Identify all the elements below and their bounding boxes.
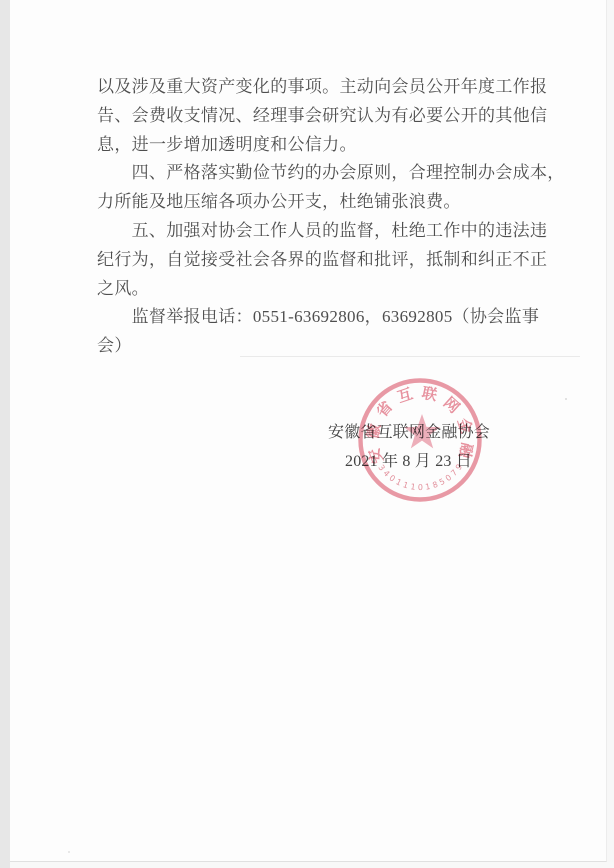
text-line: 四、严格落实勤俭节约的办会原则，合理控制办会成本， (97, 159, 572, 188)
scan-artifact-line (240, 356, 580, 357)
official-seal: 安徽省互联网金融协会 3401110185079 (348, 368, 493, 513)
body-text: 以及涉及重大资产变化的事项。主动向会员公开年度工作报 告、会费收支情况、经理事会… (97, 73, 572, 361)
scan-edge-right (607, 0, 614, 868)
text-line: 纪行为，自觉接受社会各界的监督和批评，抵制和纠正不正 (97, 246, 572, 275)
text-line: 力所能及地压缩各项办公开支，杜绝铺张浪费。 (97, 188, 572, 217)
text-line: 五、加强对协会工作人员的监督，杜绝工作中的违法违 (97, 217, 572, 246)
scan-edge-bottom (10, 862, 614, 868)
text-line: 告、会费收支情况、经理事会研究认为有必要公开的其他信 (97, 102, 572, 131)
seal-code: 3401110185079 (376, 462, 464, 492)
text-line: 息，进一步增加透明度和公信力。 (97, 131, 572, 160)
scan-speck (565, 398, 567, 400)
scan-speck (68, 851, 70, 853)
seal-star-icon (404, 414, 440, 448)
document-page: 以及涉及重大资产变化的事项。主动向会员公开年度工作报 告、会费收支情况、经理事会… (10, 0, 607, 862)
text-line: 以及涉及重大资产变化的事项。主动向会员公开年度工作报 (97, 73, 572, 102)
text-line: 之风。 (97, 275, 572, 304)
text-line: 监督举报电话：0551-63692806，63692805（协会监事 (97, 303, 572, 332)
